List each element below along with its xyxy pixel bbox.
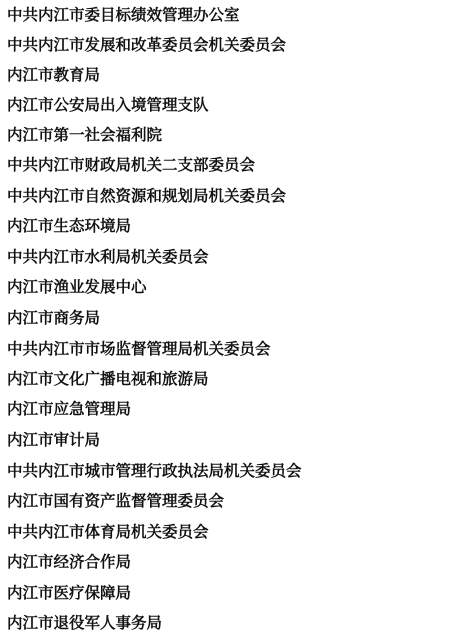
list-item: 内江市医疗保障局	[7, 578, 131, 608]
list-item: 中共内江市委目标绩效管理办公室	[7, 0, 240, 30]
list-item: 内江市教育局	[7, 60, 100, 90]
list-item: 中共内江市自然资源和规划局机关委员会	[7, 181, 286, 211]
list-item: 内江市生态环境局	[7, 211, 131, 241]
list-item: 内江市商务局	[7, 303, 100, 333]
list-item: 内江市文化广播电视和旅游局	[7, 364, 209, 394]
list-item: 内江市审计局	[7, 425, 100, 455]
list-item: 中共内江市水利局机关委员会	[7, 242, 209, 272]
list-item: 中共内江市财政局机关二支部委员会	[7, 150, 255, 180]
list-item: 内江市渔业发展中心	[7, 272, 147, 302]
list-item: 中共内江市城市管理行政执法局机关委员会	[7, 456, 302, 486]
list-item: 内江市国有资产监督管理委员会	[7, 486, 224, 516]
list-item: 中共内江市体育局机关委员会	[7, 517, 209, 547]
list-item: 中共内江市市场监督管理局机关委员会	[7, 334, 271, 364]
list-item: 内江市退役军人事务局	[7, 608, 162, 638]
list-item: 内江市第一社会福利院	[7, 120, 162, 150]
list-item: 中共内江市发展和改革委员会机关委员会	[7, 30, 286, 60]
list-item: 内江市应急管理局	[7, 394, 131, 424]
list-item: 内江市经济合作局	[7, 547, 131, 577]
list-item: 内江市公安局出入境管理支队	[7, 90, 209, 120]
